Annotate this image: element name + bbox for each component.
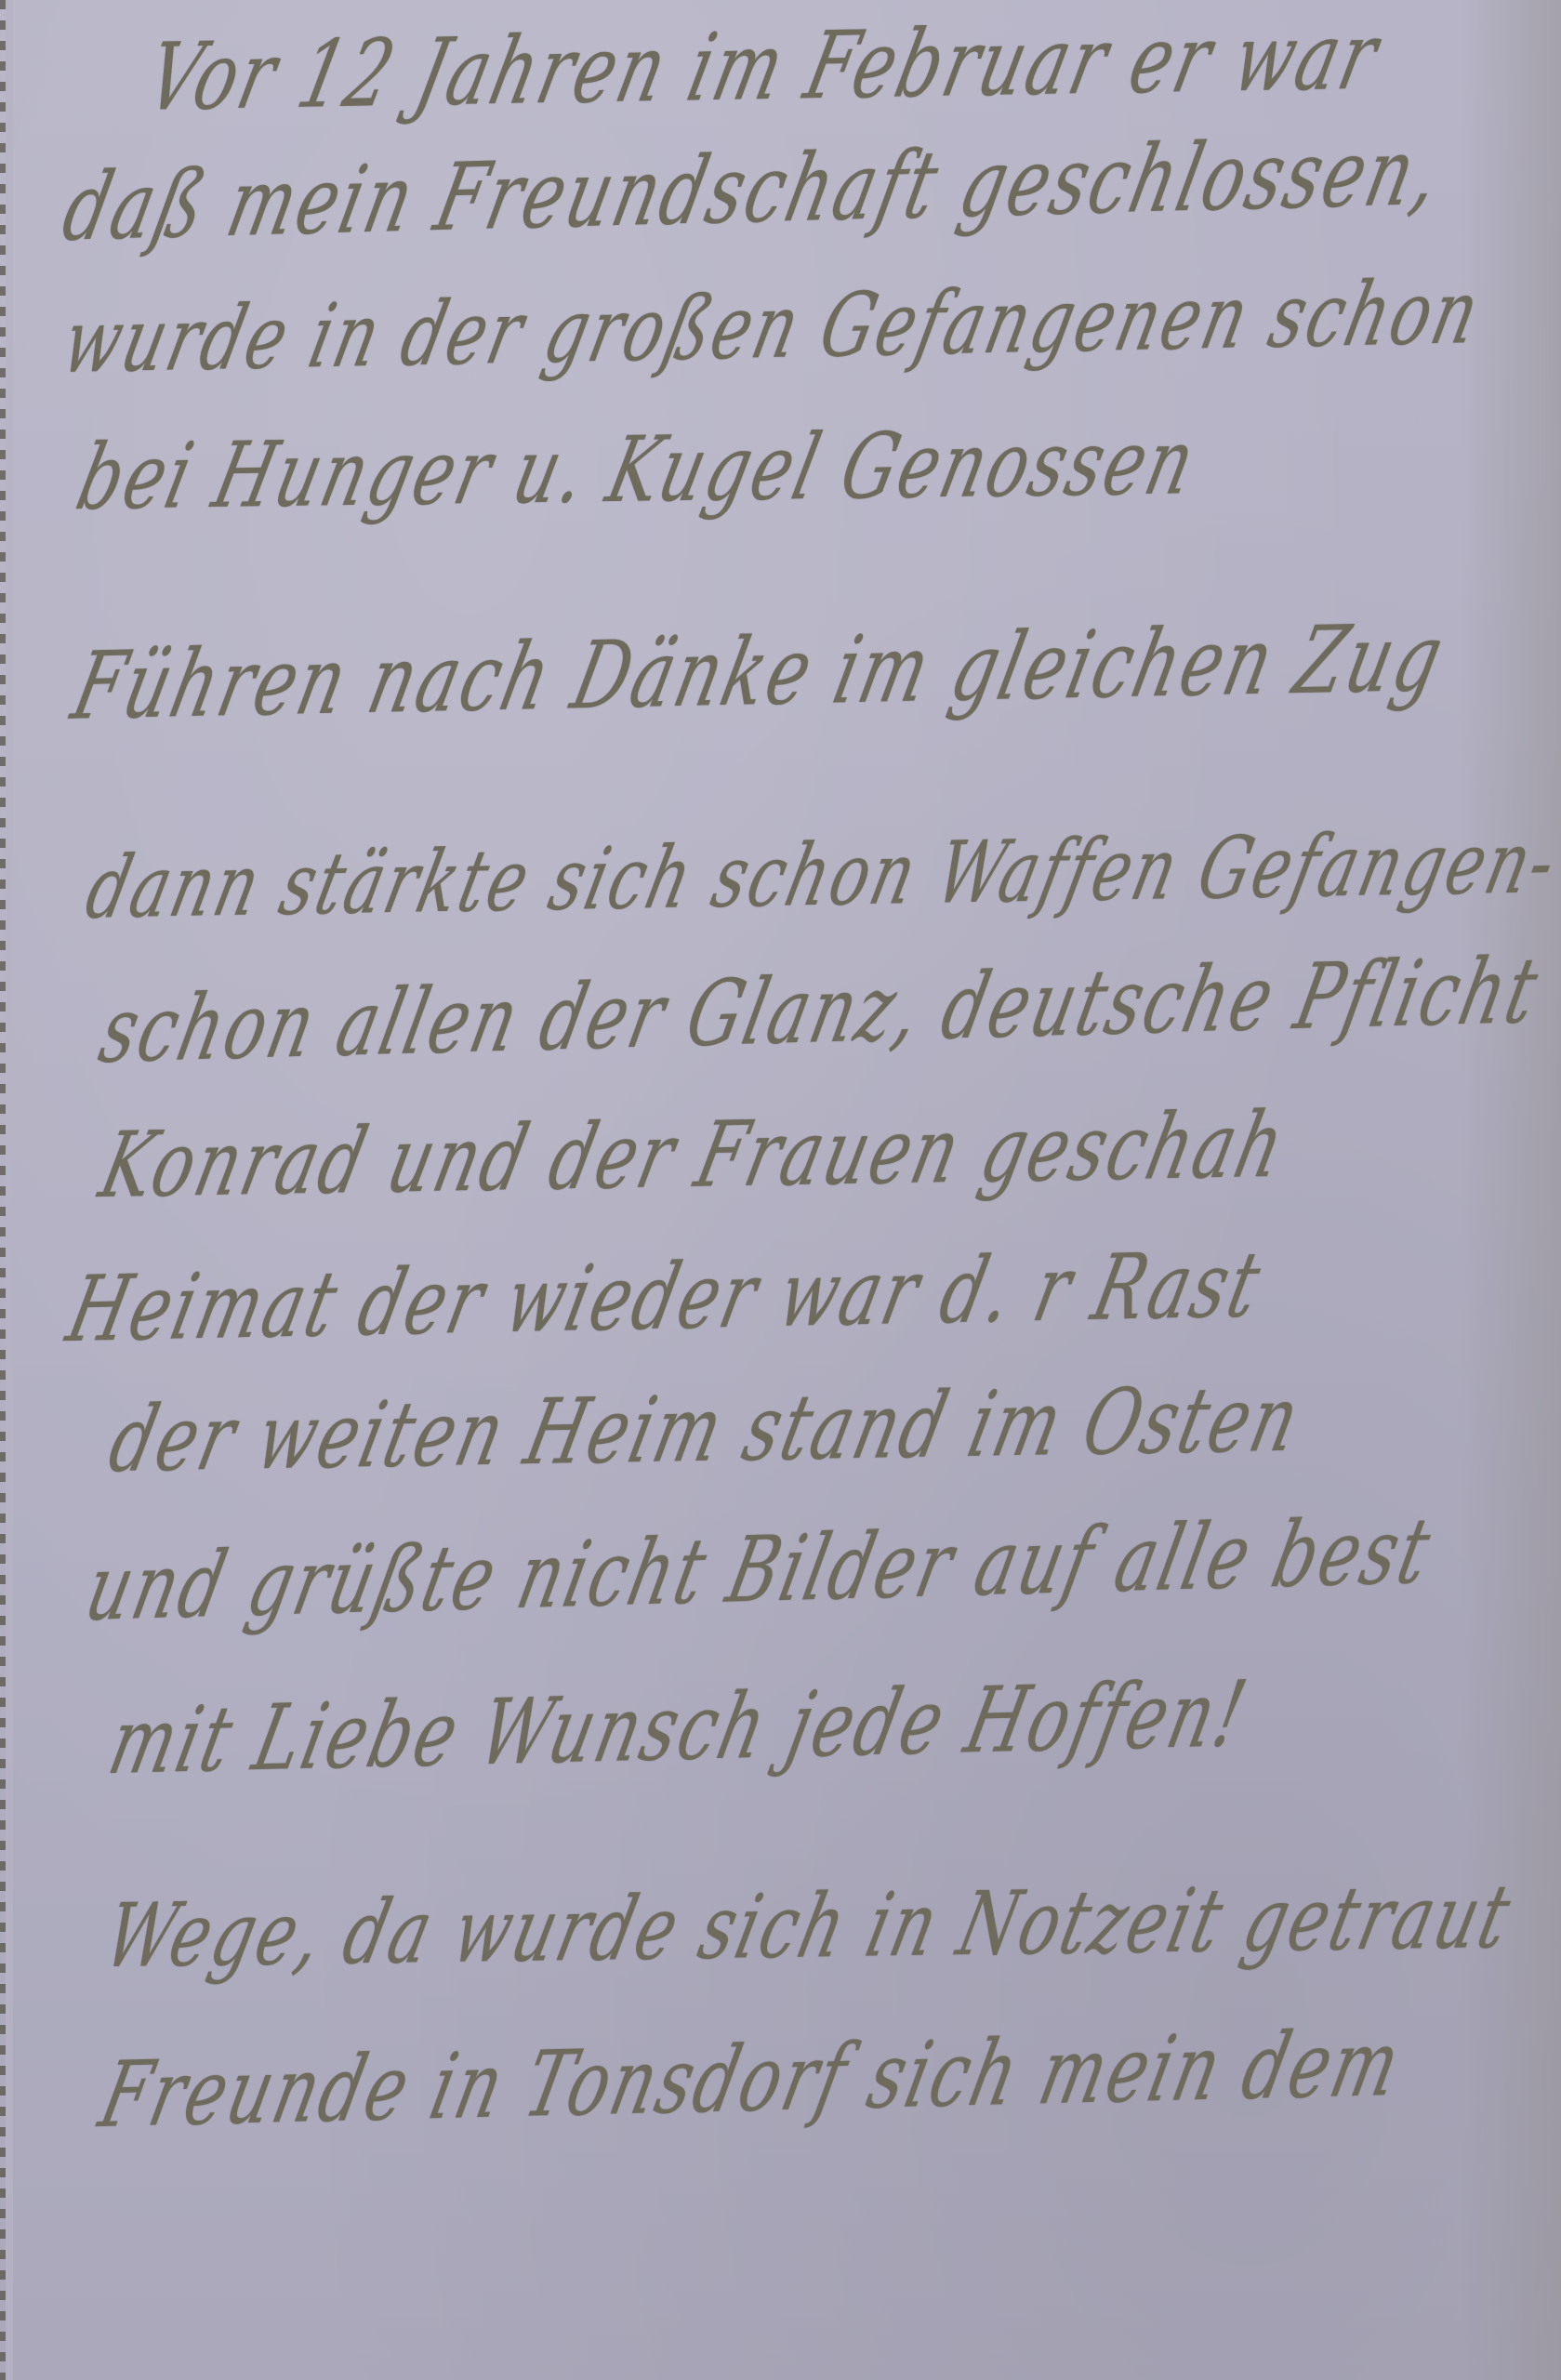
text-line-6: dann stärkte sich schon Waffen Gefangen- [79,821,1561,932]
text-line-4: bei Hunger u. Kugel Genossen [70,416,1205,522]
text-line-10: der weiten Heim stand im Osten [102,1373,1309,1485]
text-line-5: Führen nach Dänke im gleichen Zug [65,612,1453,734]
text-line-7: schon allen der Glanz, deutsche Pflicht [93,945,1547,1076]
text-line-1: Vor 12 Jahren im Februar er war [139,10,1388,125]
letter-page: Vor 12 Jahren im Februar er war daß mein… [0,0,1561,2380]
text-line-9: Heimat der wieder war d. r Rast [60,1239,1270,1355]
text-line-2: daß mein Freundschaft geschlossen, [56,126,1449,255]
text-line-8: Konrad und der Frauen geschah [93,1099,1294,1210]
text-line-13: Wege, da wurde sich in Notzeit getraut [98,1872,1520,1980]
text-line-14: Freunde in Tonsdorf sich mein dem [93,2017,1409,2140]
text-line-12: mit Liebe Wunsch jede Hoffen! [102,1668,1256,1787]
text-line-3: wurde in der großen Gefangenen schon [56,268,1488,386]
text-line-11: und grüßte nicht Bilder auf alle best [79,1505,1440,1633]
handwritten-text: Vor 12 Jahren im Februar er war daß mein… [0,0,1561,2380]
